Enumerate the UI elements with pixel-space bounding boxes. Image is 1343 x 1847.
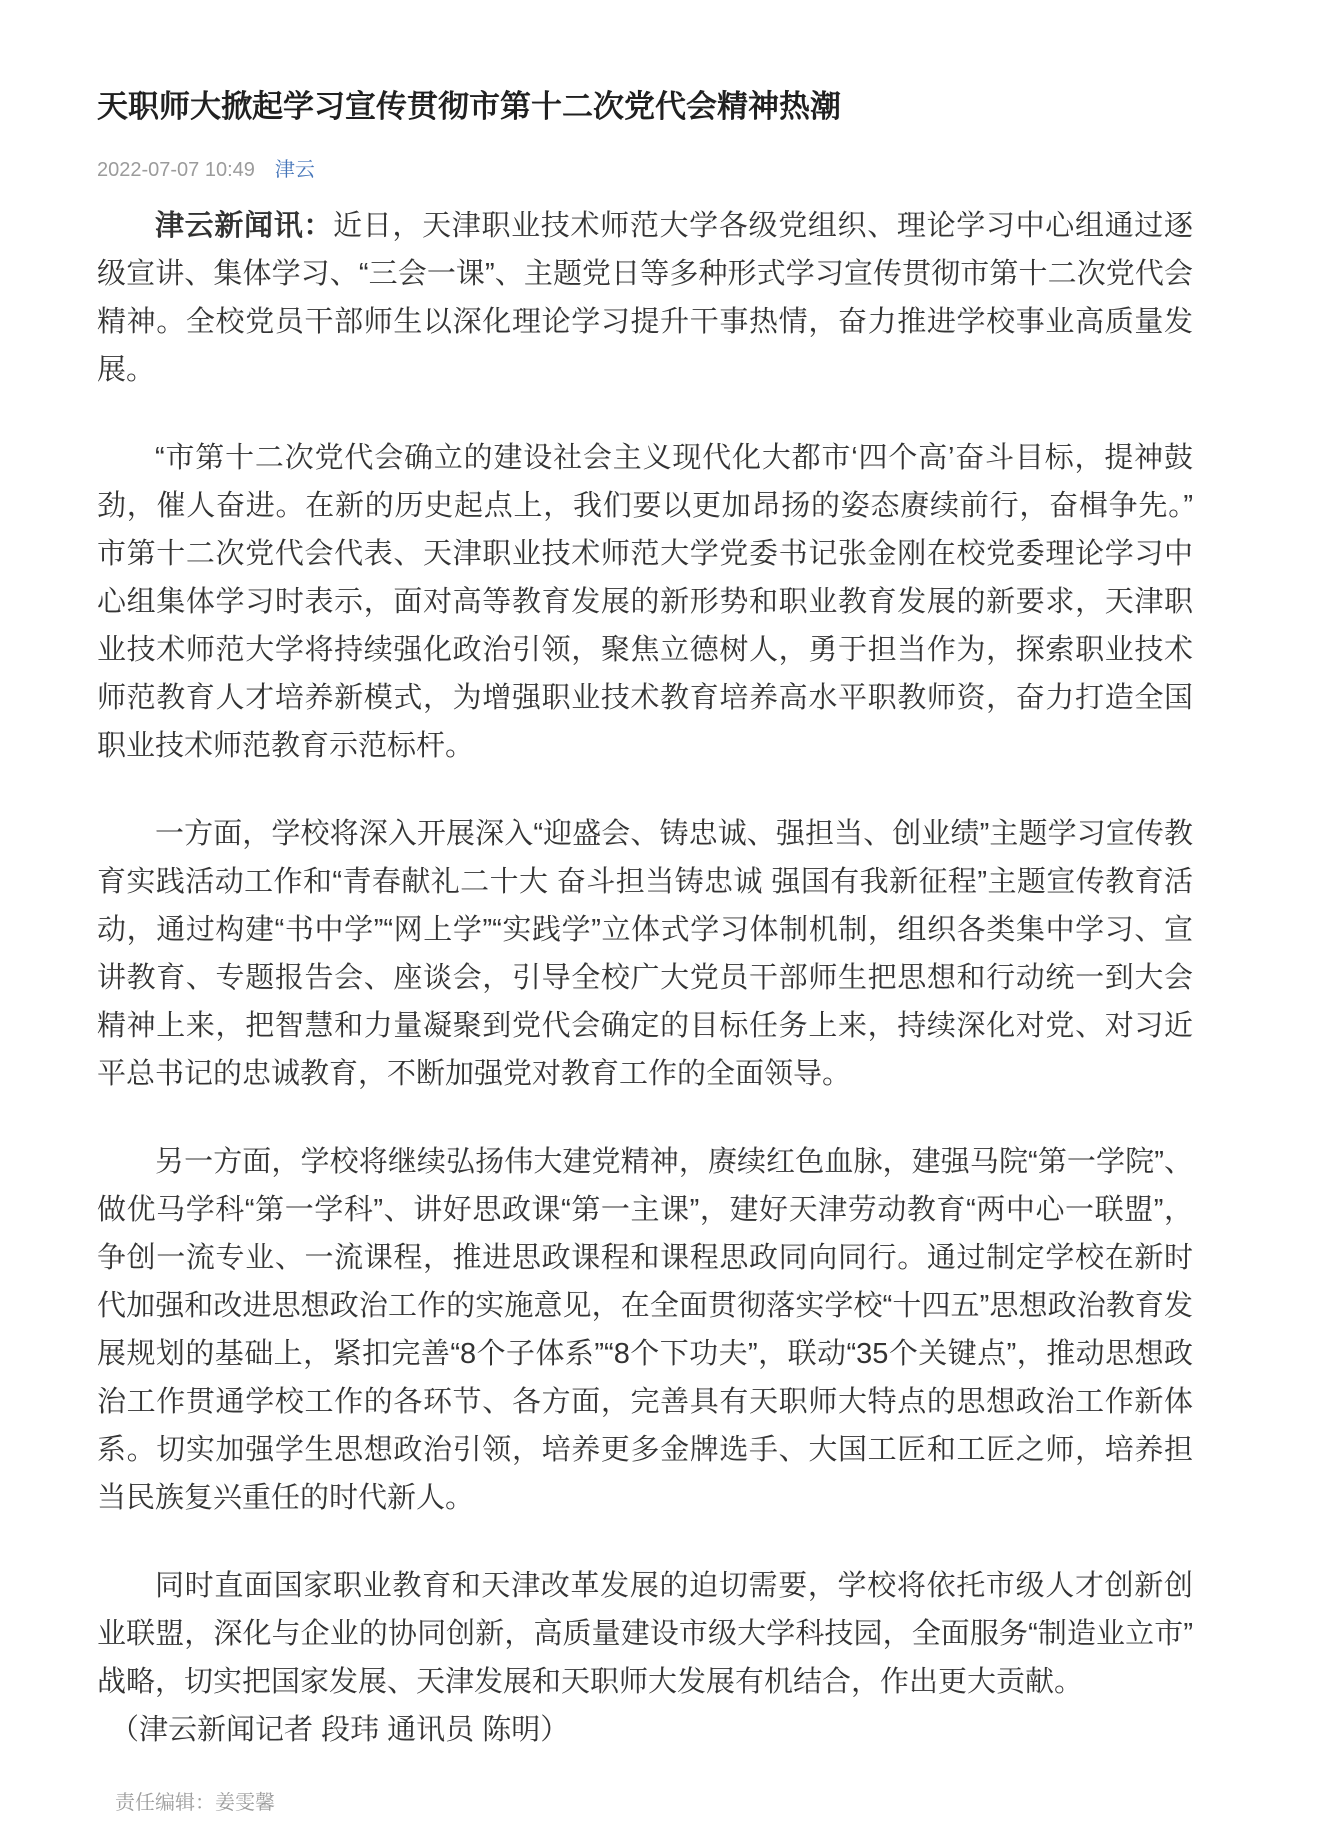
- paragraph: 同时直面国家职业教育和天津改革发展的迫切需要，学校将依托市级人才创新创业联盟，深…: [97, 1562, 1193, 1706]
- reporter-line: （津云新闻记者 段玮 通讯员 陈明）: [97, 1706, 1193, 1754]
- paragraph: 另一方面，学校将继续弘扬伟大建党精神，赓续红色血脉，建强马院“第一学院”、做优马…: [97, 1138, 1193, 1522]
- paragraph-lead: 津云新闻讯：近日，天津职业技术师范大学各级党组织、理论学习中心组通过逐级宣讲、集…: [97, 202, 1193, 394]
- lead-label: 津云新闻讯：: [155, 210, 333, 242]
- paragraph: “市第十二次党代会确立的建设社会主义现代化大都市‘四个高’奋斗目标，提神鼓劲，催…: [97, 434, 1193, 770]
- article-page: 天职师大掀起学习宣传贯彻市第十二次党代会精神热潮 2022-07-07 10:4…: [0, 88, 1343, 1847]
- article-footer: 责任编辑：姜雯馨: [97, 1786, 1193, 1815]
- publish-date: 2022-07-07 10:49: [97, 159, 255, 182]
- page-title: 天职师大掀起学习宣传贯彻市第十二次党代会精神热潮: [97, 88, 1193, 127]
- source-link[interactable]: 津云: [275, 153, 315, 182]
- article-meta: 2022-07-07 10:49 津云: [97, 153, 1193, 182]
- paragraph: 一方面，学校将深入开展深入“迎盛会、铸忠诚、强担当、创业绩”主题学习宣传教育实践…: [97, 810, 1193, 1098]
- editor-credit: 责任编辑：姜雯馨: [115, 1792, 275, 1814]
- article-body: 津云新闻讯：近日，天津职业技术师范大学各级党组织、理论学习中心组通过逐级宣讲、集…: [97, 202, 1193, 1754]
